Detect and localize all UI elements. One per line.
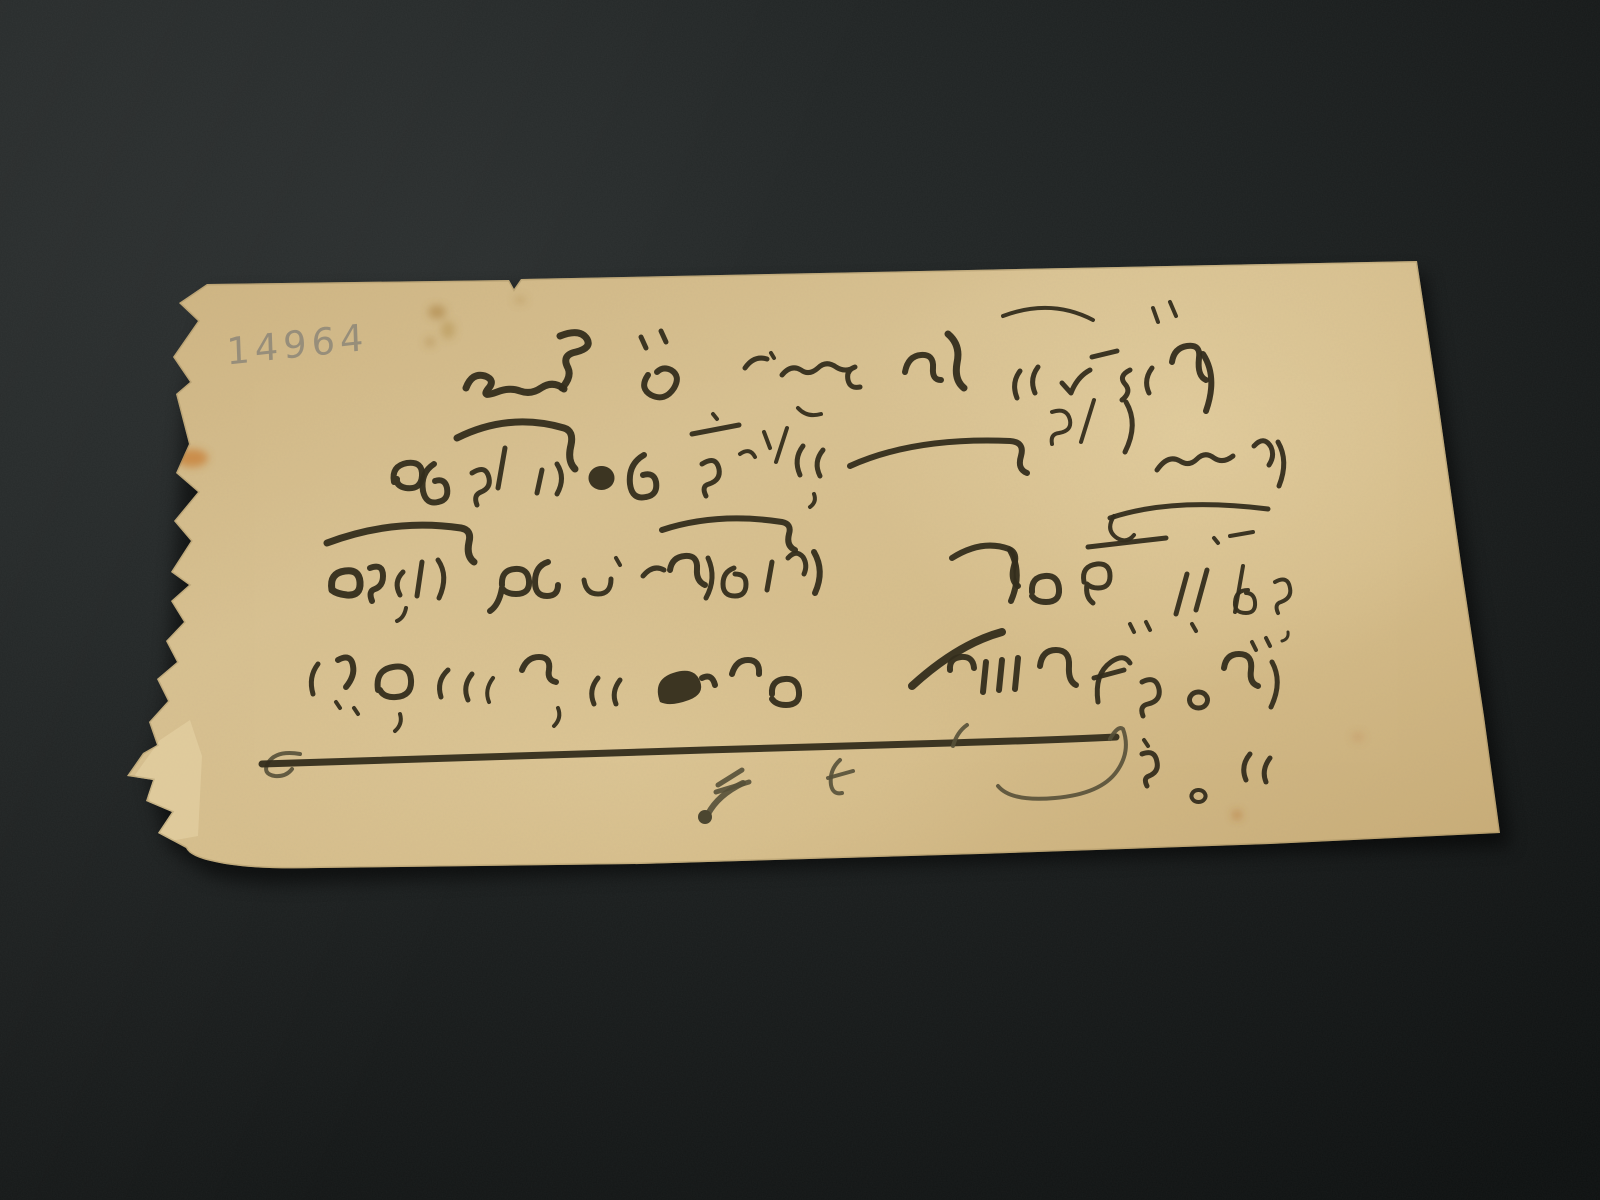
photo-canvas: 14964 — [0, 0, 1600, 1200]
paper-slip: 14964 — [120, 170, 1520, 940]
stroke — [771, 353, 774, 358]
stroke — [698, 810, 712, 824]
stroke — [999, 660, 1002, 690]
stroke — [1015, 658, 1018, 689]
photograph: 14964 — [0, 0, 1600, 1200]
stroke — [983, 662, 986, 692]
stroke — [589, 466, 615, 490]
